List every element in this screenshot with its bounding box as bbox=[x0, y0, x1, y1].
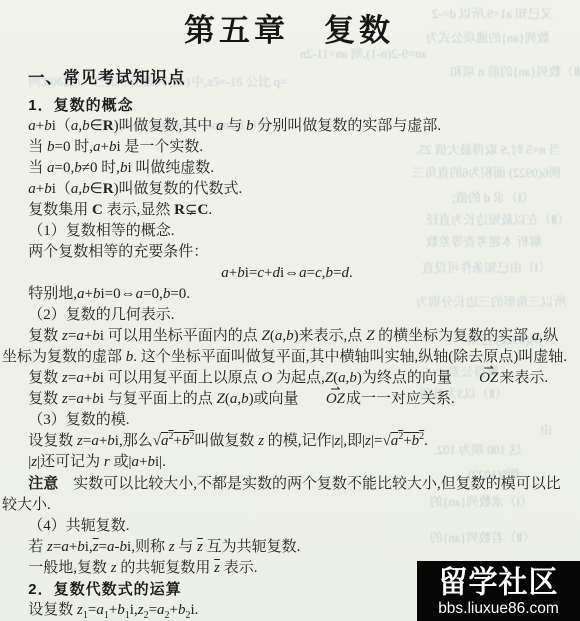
text-line: a+bi=c+di⇔a=c,b=d. bbox=[2, 263, 576, 284]
chapter-title: 第五章 复数 bbox=[2, 5, 576, 50]
text-line: a+bi（a,b∈R)叫做复数,其中 a 与 b 分别叫做复数的实部与虚部. bbox=[2, 116, 576, 137]
text-line: 当 b=0 时,a+bi 是一个实数. bbox=[2, 137, 576, 158]
text-line: 当 a=0,b≠0 时,bi 叫做纯虚数. bbox=[2, 158, 576, 179]
page-content: 第五章 复数 一、常见考试知识点 1．复数的概念a+bi（a,b∈R)叫做复数,… bbox=[0, 0, 580, 621]
text-line: （4）共轭复数. bbox=[2, 516, 576, 537]
text-line: （1）复数相等的概念. bbox=[2, 221, 576, 242]
text-line: 特别地,a+bi=0⇔a=0,b=0. bbox=[2, 284, 576, 305]
text-line: （2）复数的几何表示. bbox=[2, 305, 576, 326]
watermark-logo: 留学社区 bbox=[438, 566, 558, 600]
text-line: |z|还可记为 r 或|a+bi|. bbox=[2, 452, 576, 473]
text-line: 1．复数的概念 bbox=[2, 95, 576, 116]
watermark-url: bbs.liuxue86.com bbox=[438, 599, 559, 619]
text-line: 复数 z=a+bi 与复平面上的点 Z(a,b)或向量OZ成一一对应关系. bbox=[2, 389, 576, 410]
body-text: 1．复数的概念a+bi（a,b∈R)叫做复数,其中 a 与 b 分别叫做复数的实… bbox=[2, 95, 576, 621]
text-line: 注意 实数可以比较大小,不都是实数的两个复数不能比较大小,但复数的模可以比较大小… bbox=[2, 473, 576, 516]
text-line: a+bi（a,b∈R)叫做复数的代数式. bbox=[2, 179, 576, 200]
text-line: 复数 z=a+bi 可以用复平面上以原点 O 为起点,Z(a,b)为终点的向量O… bbox=[2, 368, 576, 389]
section-heading: 一、常见考试知识点 bbox=[2, 64, 576, 88]
text-line: 两个复数相等的充要条件： bbox=[2, 242, 576, 263]
text-line: 设复数 z=a+bi,那么√a2+b2叫做复数 z 的模,记作|z|,即|z|=… bbox=[2, 431, 576, 452]
watermark-box: 留学社区 bbs.liuxue86.com bbox=[417, 561, 580, 621]
scanned-textbook-page: 又已知 a1=9,所以 d=-2数列{an}的通项公式为（Ⅱ）数列{an}的前 … bbox=[0, 0, 580, 621]
text-line: 复数集用 C 表示,显然 R⊊C. bbox=[2, 200, 576, 221]
text-line: 若 z=a+bi,z=a-bi,则称 z 与 z 互为共轭复数. bbox=[2, 537, 576, 558]
text-line: （3）复数的模. bbox=[2, 410, 576, 431]
